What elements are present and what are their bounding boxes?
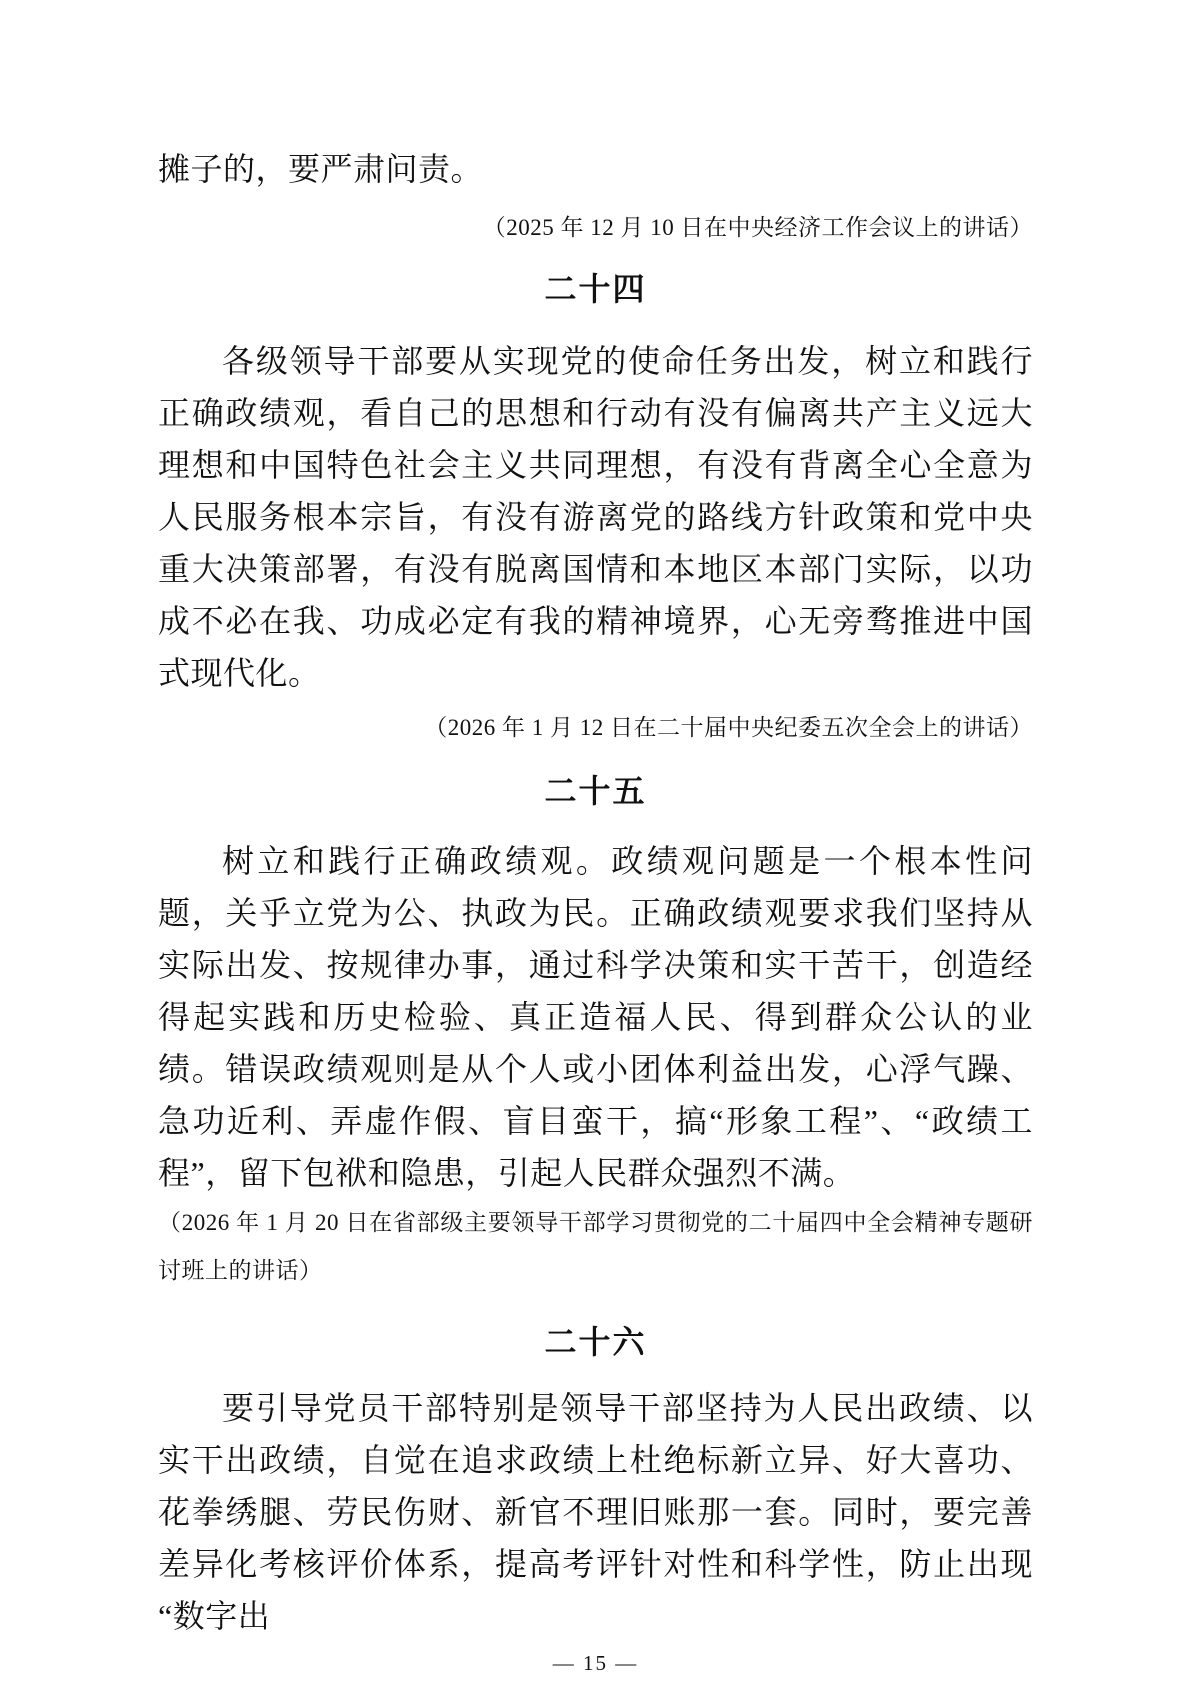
paragraph-section-26: 要引导党员干部特别是领导干部坚持为人民出政绩、以实干出政绩，自觉在追求政绩上杜绝… [158, 1382, 1033, 1642]
section-heading-26: 二十六 [158, 1316, 1033, 1368]
paragraph-section-24: 各级领导干部要从实现党的使命任务出发，树立和践行正确政绩观，看自己的思想和行动有… [158, 335, 1033, 699]
citation-line: （2025 年 12 月 10 日在中央经济工作会议上的讲话） [158, 204, 1033, 252]
citation-line: （2026 年 1 月 20 日在省部级主要领导干部学习贯彻党的二十届四中全会精… [158, 1199, 1033, 1295]
paragraph-section-25: 树立和践行正确政绩观。政绩观问题是一个根本性问题，关乎立党为公、执政为民。正确政… [158, 835, 1033, 1199]
document-page: 摊子的，要严肃问责。 （2025 年 12 月 10 日在中央经济工作会议上的讲… [0, 0, 1191, 1684]
paragraph-continuation: 摊子的，要严肃问责。 [158, 143, 1033, 195]
page-number: — 15 — [158, 1650, 1033, 1676]
section-heading-24: 二十四 [158, 263, 1033, 315]
section-heading-25: 二十五 [158, 765, 1033, 817]
citation-line: （2026 年 1 月 12 日在二十届中央纪委五次全会上的讲话） [158, 704, 1033, 752]
